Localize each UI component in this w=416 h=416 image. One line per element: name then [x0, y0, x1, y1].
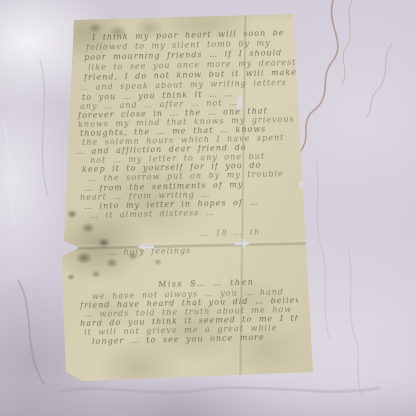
handwritten-line: … it almost distress … [90, 209, 215, 220]
handwritten-closing: … holy feelings [108, 247, 191, 257]
edge-tear-hole [299, 181, 305, 189]
handwritten-fragment: … 18 … th [200, 229, 260, 238]
photo-scene: I think my poor heart will soon be follo… [0, 0, 416, 416]
letter-paper: I think my poor heart will soon be follo… [0, 0, 416, 416]
